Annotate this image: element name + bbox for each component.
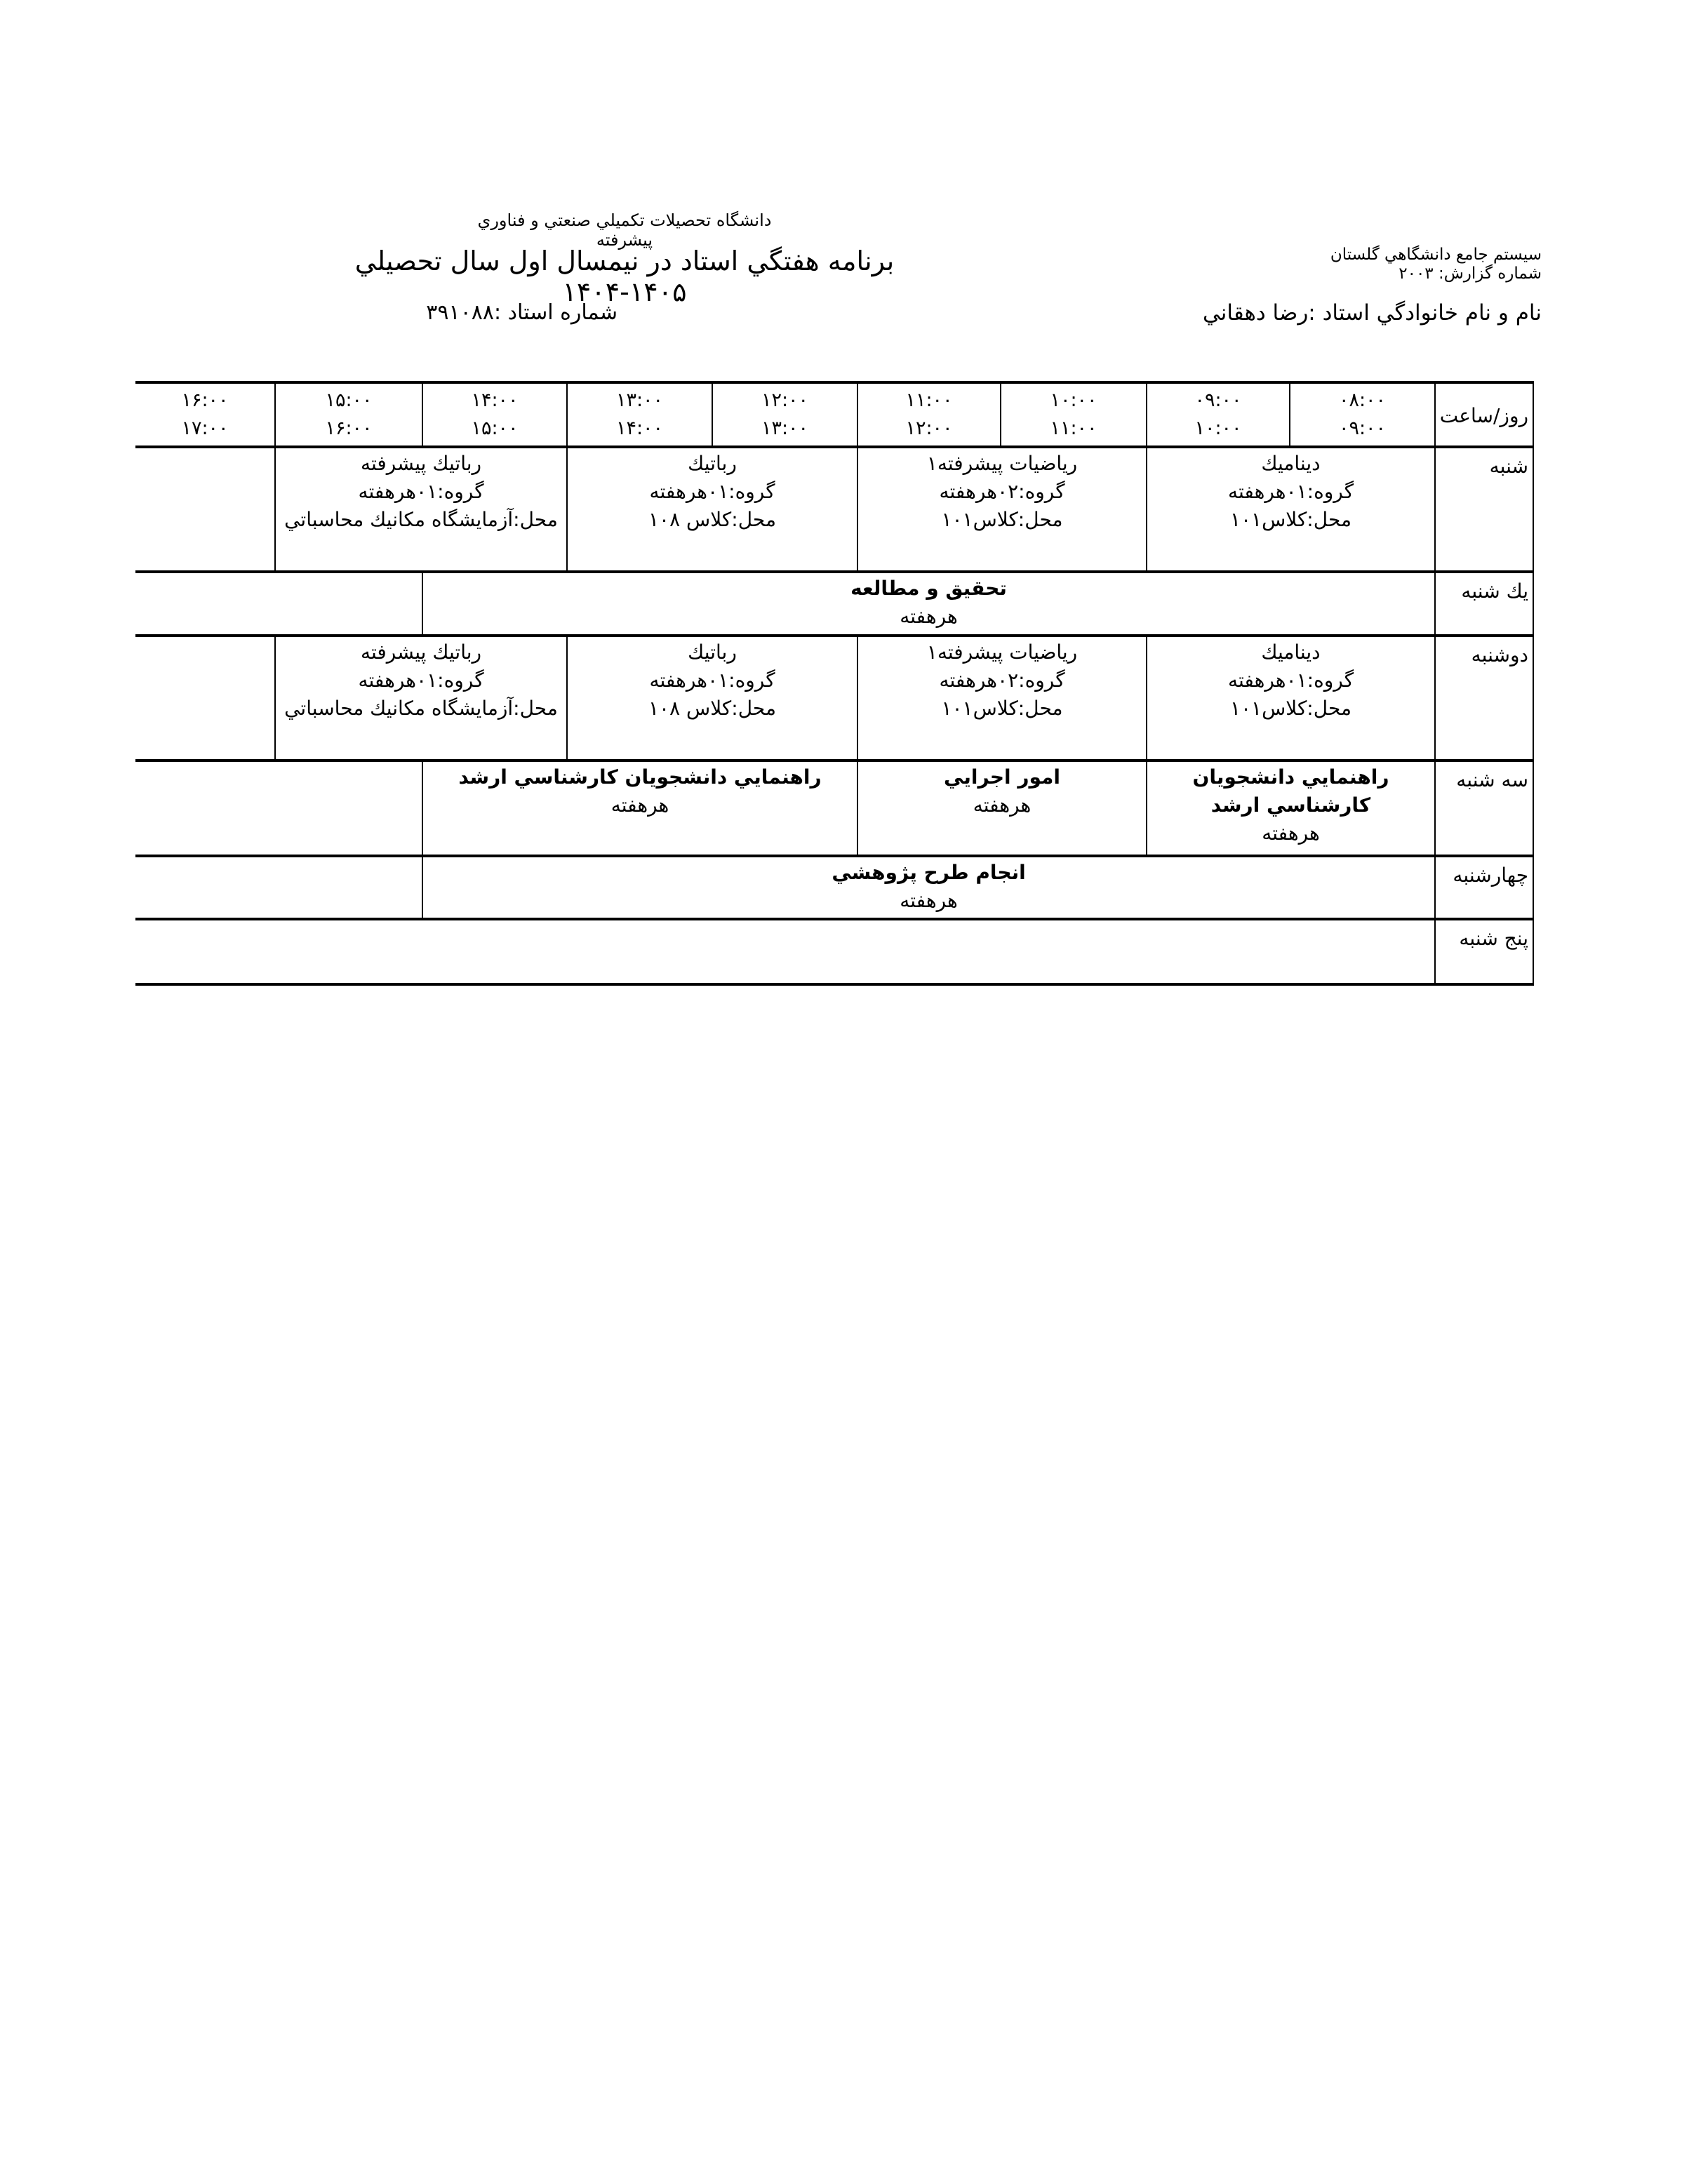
professor-number-label: شماره استاد [508, 300, 618, 325]
day-label: چهارشنبه [1435, 856, 1533, 919]
empty-cell [135, 761, 422, 856]
professor-number: شماره استاد :۳۹۱۰۸۸ [351, 300, 702, 325]
empty-cell [135, 572, 422, 636]
page-title: برنامه هفتگي استاد در نيمسال اول سال تحص… [309, 246, 940, 307]
time-header-row: ۱۶:۰۰۱۷:۰۰ ۱۵:۰۰۱۶:۰۰ ۱۴:۰۰۱۵:۰۰ ۱۳:۰۰۱۴… [135, 382, 1533, 447]
time-slot-13: ۱۳:۰۰۱۴:۰۰ [567, 382, 712, 447]
professor-number-value: ۳۹۱۰۸۸ [426, 300, 494, 325]
day-row-monday: رباتيك پيشرفته گروه:۰۱هرهفته محل:آزمايشگ… [135, 636, 1533, 761]
day-row-thursday: پنج شنبه [135, 919, 1533, 984]
day-label: يك شنبه [1435, 572, 1533, 636]
class-block: ديناميك گروه:۰۱هرهفته محل:كلاس۱۰۱ [1147, 636, 1435, 761]
class-block: رياضيات پيشرفته۱ گروه:۰۲هرهفته محل:كلاس۱… [857, 447, 1147, 572]
empty-cell [135, 856, 422, 919]
activity-block: راهنمايي دانشجويان كارشناسي ارشد هرهفته [1147, 761, 1435, 856]
activity-block: انجام طرح پژوهشي هرهفته [422, 856, 1435, 919]
day-row-wednesday: انجام طرح پژوهشي هرهفته چهارشنبه [135, 856, 1533, 919]
time-slot-15: ۱۵:۰۰۱۶:۰۰ [275, 382, 422, 447]
activity-block: تحقيق و مطالعه هرهفته [422, 572, 1435, 636]
class-block: رباتيك پيشرفته گروه:۰۱هرهفته محل:آزمايشگ… [275, 636, 567, 761]
corner-label: روز/ساعت [1435, 382, 1533, 447]
class-block: رباتيك گروه:۰۱هرهفته محل:كلاس ۱۰۸ [567, 636, 857, 761]
report-number: شماره گزارش: ۲۰۰۳ [1330, 264, 1542, 283]
time-slot-09: ۰۹:۰۰۱۰:۰۰ [1147, 382, 1290, 447]
professor-name: نام و نام خانوادگي استاد :رضا دهقاني [1203, 300, 1542, 326]
time-slot-10: ۱۰:۰۰۱۱:۰۰ [1001, 382, 1147, 447]
day-row-sunday: تحقيق و مطالعه هرهفته يك شنبه [135, 572, 1533, 636]
day-row-saturday: رباتيك پيشرفته گروه:۰۱هرهفته محل:آزمايشگ… [135, 447, 1533, 572]
time-slot-11: ۱۱:۰۰۱۲:۰۰ [857, 382, 1001, 447]
activity-block: امور اجرايي هرهفته [857, 761, 1147, 856]
professor-name-value: رضا دهقاني [1203, 300, 1308, 326]
class-block: ديناميك گروه:۰۱هرهفته محل:كلاس۱۰۱ [1147, 447, 1435, 572]
time-slot-12: ۱۲:۰۰۱۳:۰۰ [712, 382, 857, 447]
class-block: رياضيات پيشرفته۱ گروه:۰۲هرهفته محل:كلاس۱… [857, 636, 1147, 761]
day-label: پنج شنبه [1435, 919, 1533, 984]
time-slot-08: ۰۸:۰۰۰۹:۰۰ [1290, 382, 1435, 447]
class-block: رباتيك پيشرفته گروه:۰۱هرهفته محل:آزمايشگ… [275, 447, 567, 572]
day-label: سه شنبه [1435, 761, 1533, 856]
class-block: رباتيك گروه:۰۱هرهفته محل:كلاس ۱۰۸ [567, 447, 857, 572]
report-number-value: ۲۰۰۳ [1399, 264, 1433, 283]
day-label: دوشنبه [1435, 636, 1533, 761]
weekly-schedule-table: ۱۶:۰۰۱۷:۰۰ ۱۵:۰۰۱۶:۰۰ ۱۴:۰۰۱۵:۰۰ ۱۳:۰۰۱۴… [135, 381, 1534, 986]
report-number-label: شماره گزارش: [1439, 264, 1542, 283]
empty-cell [135, 447, 275, 572]
system-info: سيستم جامع دانشگاهي گلستان شماره گزارش: … [1330, 246, 1542, 283]
empty-cell [135, 919, 1435, 984]
time-slot-14: ۱۴:۰۰۱۵:۰۰ [422, 382, 567, 447]
empty-cell [135, 636, 275, 761]
activity-block: راهنمايي دانشجويان كارشناسي ارشد هرهفته [422, 761, 857, 856]
day-label: شنبه [1435, 447, 1533, 572]
professor-name-label: نام و نام خانوادگي استاد [1323, 300, 1542, 326]
university-name: دانشگاه تحصيلات تكميلي صنعتي و فناوري پي… [449, 210, 800, 250]
day-row-tuesday: راهنمايي دانشجويان كارشناسي ارشد هرهفته … [135, 761, 1533, 856]
time-slot-16: ۱۶:۰۰۱۷:۰۰ [135, 382, 275, 447]
system-name: سيستم جامع دانشگاهي گلستان [1330, 246, 1542, 264]
